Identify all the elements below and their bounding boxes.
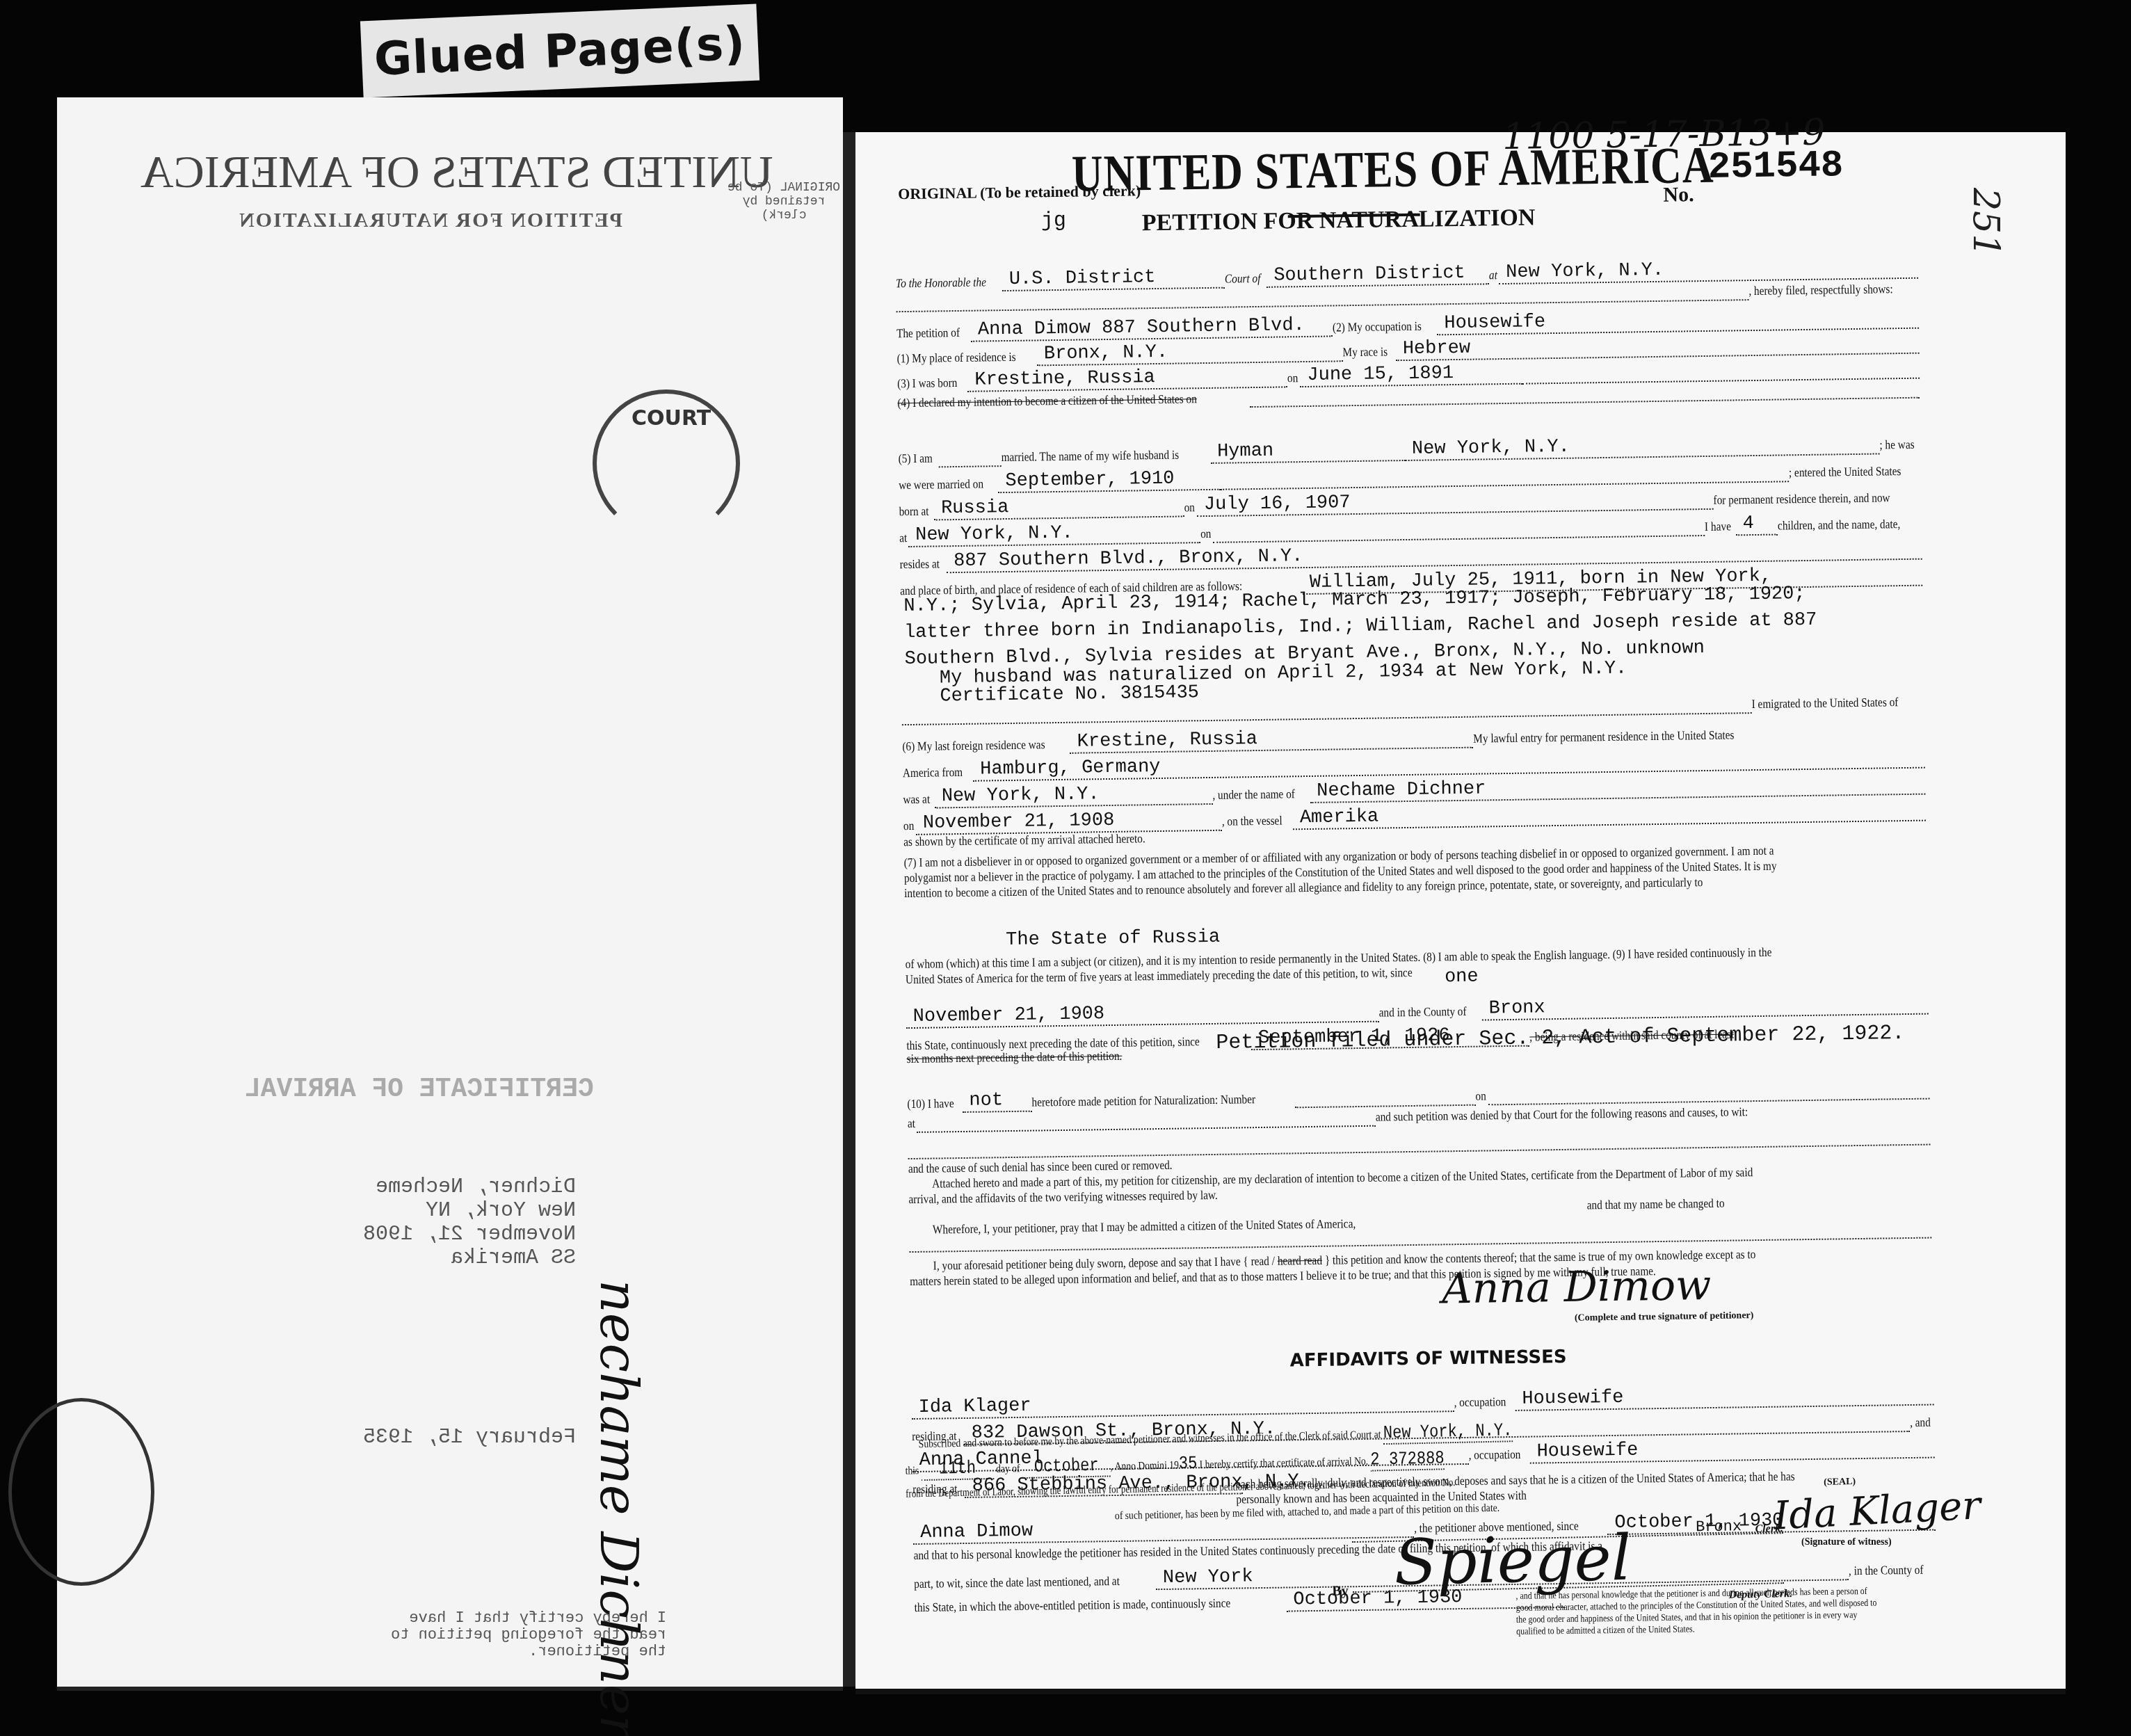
document-subtitle: PETITION FOR NATURALIZATION bbox=[1142, 204, 1536, 236]
last-foreign-field: Krestine, Russia bbox=[1070, 726, 1473, 754]
court-type-field: U.S. District bbox=[1002, 266, 1225, 291]
filed-with-text: of such petitioner, has been by me filed… bbox=[1115, 1502, 1499, 1523]
resided-since-field: November 21, 1908 bbox=[906, 1000, 1379, 1029]
renounce-sovereign: The State of Russia bbox=[1006, 927, 1220, 951]
court-seal-icon: COURT bbox=[593, 389, 740, 537]
race-field: Hebrew bbox=[1396, 332, 1920, 362]
scan-background-edge bbox=[2066, 132, 2131, 1689]
stamp-seal-icon bbox=[8, 1398, 154, 1586]
petitioner-signature-caption: (Complete and true signature of petition… bbox=[1575, 1310, 1754, 1324]
clerk-initials: jg bbox=[1041, 209, 1066, 233]
court-location-field: New York, N.Y. bbox=[1499, 257, 1918, 284]
seal-label: (SEAL) bbox=[1824, 1477, 1856, 1488]
entry-name-field: Nechame Dichner bbox=[1310, 773, 1925, 803]
residence-field: Bronx, N.Y. bbox=[1037, 339, 1343, 366]
children-count-field: 4 bbox=[1735, 513, 1777, 536]
sworn-month-field: October bbox=[1022, 1454, 1110, 1479]
sworn-at-field: New York, N.Y. bbox=[1383, 1420, 1512, 1445]
mirrored-original-note: ORIGINAL (To be retained by clerk) bbox=[725, 181, 843, 223]
spouse-entered-at-field: New York, N.Y. bbox=[908, 521, 1200, 547]
term-years: one bbox=[1445, 967, 1479, 988]
petition-number: 251548 bbox=[1707, 145, 1843, 189]
paragraph-7: (7) I am not a disbeliever in or opposed… bbox=[904, 843, 1780, 901]
spouse-entered-on-field: July 16, 1907 bbox=[1197, 488, 1714, 517]
clerk-label: Clerk. bbox=[1755, 1522, 1783, 1536]
mirrored-title: UNITED STATES OF AMERICA bbox=[140, 146, 773, 199]
sworn-year-field: 35 bbox=[1178, 1453, 1197, 1474]
married-on-field: September, 1910 bbox=[998, 468, 1221, 493]
court-district-field: Southern District bbox=[1266, 262, 1489, 287]
birthplace-field: Krestine, Russia bbox=[967, 365, 1287, 392]
paragraph-8-9: of whom (which) at this time I am a subj… bbox=[906, 945, 1780, 988]
by-label: By bbox=[1332, 1583, 1349, 1599]
occupation-field: Housewife bbox=[1437, 307, 1919, 336]
name-change-label: and that my name be changed to bbox=[1586, 1193, 1882, 1213]
prior-petition-field: not bbox=[962, 1090, 1031, 1113]
entry-port-field: New York, N.Y. bbox=[935, 782, 1213, 809]
mirrored-certificate-heading: CERTIFICATE OF ARRIVAL bbox=[245, 1075, 594, 1104]
married-at-field: New York, N.Y. bbox=[1405, 432, 1880, 461]
mirrored-certificate-lines: Dichner, Necheme New York, NY November 2… bbox=[363, 1175, 576, 1270]
margin-annotation: 251 bbox=[1965, 188, 2007, 257]
clerk-signature: Spiegel bbox=[1393, 1522, 1632, 1600]
from-dept-text: from the Department of Labor, showing th… bbox=[906, 1477, 1456, 1501]
document-title: UNITED STATES OF AMERICA bbox=[1071, 136, 1714, 204]
affidavits-title: AFFIDAVITS OF WITNESSES bbox=[1290, 1347, 1567, 1372]
wherefore-paragraph: Wherefore, I, your petitioner, pray that… bbox=[909, 1210, 1784, 1238]
county-field: Bronx bbox=[1481, 992, 1928, 1021]
mirrored-subtitle: PETITION FOR NATURALIZATION bbox=[238, 209, 622, 232]
number-label: No. bbox=[1663, 183, 1694, 207]
left-page-mirrored: UNITED STATES OF AMERICA PETITION FOR NA… bbox=[57, 97, 843, 1691]
spouse-born-field: Russia bbox=[934, 495, 1184, 520]
clerk-section: Subscribed and sworn to before me by the… bbox=[890, 1397, 1938, 1669]
petitioner-signature: Anna Dimow bbox=[1442, 1261, 1712, 1313]
birth-date-field: June 15, 1891 bbox=[1300, 362, 1522, 387]
petitioner-name-field: Anna Dimow 887 Southern Blvd. bbox=[971, 314, 1333, 341]
mirrored-certificate-date: February 15, 1935 bbox=[363, 1426, 576, 1449]
binding-edge bbox=[843, 132, 855, 1687]
vertical-signature: nechame Dichner bbox=[588, 1280, 648, 1736]
glued-pages-label: Glued Page(s) bbox=[360, 4, 759, 98]
spouse-name-field: Hyman bbox=[1210, 439, 1405, 464]
sworn-day-field: 11th bbox=[921, 1457, 994, 1481]
arrival-cert-field: 2 372888 bbox=[1370, 1447, 1445, 1471]
deputy-clerk-label: Deputy Clerk. bbox=[1728, 1588, 1792, 1602]
husband-certificate: Certificate No. 3815435 bbox=[940, 682, 1199, 707]
